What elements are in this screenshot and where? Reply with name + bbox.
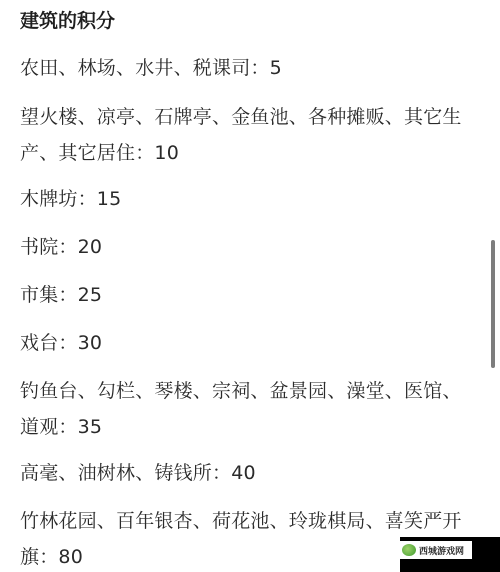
watermark-text: 西城游戏网 xyxy=(419,544,464,557)
leaf-logo-icon xyxy=(402,544,416,556)
score-entry-5: 农田、林场、水井、税课司：5 xyxy=(20,50,480,86)
score-entry-35: 钓鱼台、勾栏、琴楼、宗祠、盆景园、澡堂、医馆、道观：35 xyxy=(20,373,480,445)
vertical-scrollbar[interactable] xyxy=(491,240,495,368)
watermark: 西城游戏网 xyxy=(400,537,500,572)
score-entry-10: 望火楼、凉亭、石牌亭、金鱼池、各种摊贩、其它生产、其它居住：10 xyxy=(20,99,480,171)
score-entry-20: 书院：20 xyxy=(20,229,480,265)
watermark-badge: 西城游戏网 xyxy=(400,541,472,559)
score-entry-25: 市集：25 xyxy=(20,277,480,313)
score-entry-40: 高毫、油树林、铸钱所：40 xyxy=(20,455,480,491)
score-entry-15: 木牌坊：15 xyxy=(20,181,480,217)
page-title: 建筑的积分 xyxy=(20,8,115,34)
score-entry-30: 戏台：30 xyxy=(20,325,480,361)
